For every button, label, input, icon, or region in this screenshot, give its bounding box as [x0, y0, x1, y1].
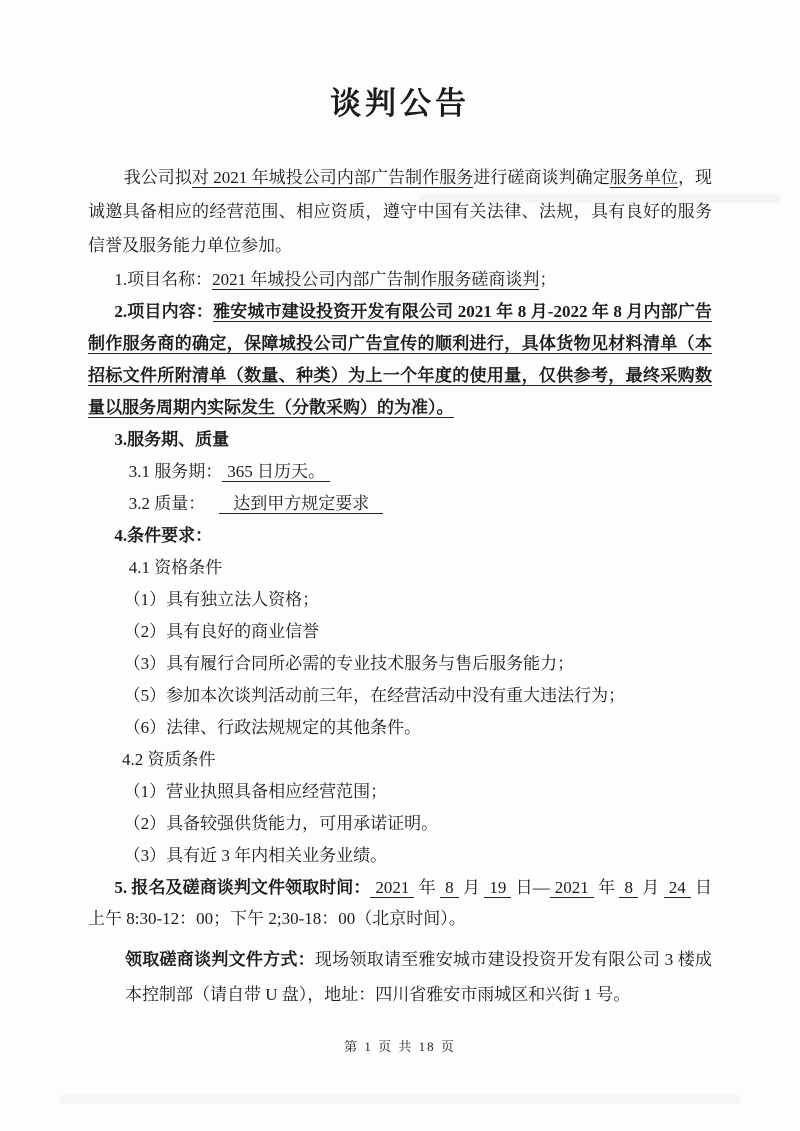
underlined-segment: 服务单位	[610, 168, 678, 188]
underlined-segment: 365 日历天。	[222, 462, 330, 482]
underlined-segment: 对 2021 年城投公司内部广告制作服务	[192, 168, 473, 188]
text-segment: 进行磋商谈判确定	[473, 168, 609, 187]
item-document-pickup-time: 5. 报名及磋商谈判文件领取时间：2021 年 8 月 19 日—2021 年 …	[88, 872, 712, 934]
item-label: 3.2 质量：	[129, 494, 206, 513]
text-segment: 月	[459, 878, 485, 897]
underlined-segment: 8	[619, 878, 638, 898]
underlined-segment: 2021	[550, 878, 594, 898]
item-quality: 3.2 质量：达到甲方规定要求	[88, 488, 712, 520]
list-item: （1）营业执照具备相应经营范围；	[88, 776, 712, 808]
page-title: 谈判公告	[88, 78, 712, 123]
text-segment: 年	[414, 878, 440, 897]
list-item: （3）具有履行合同所必需的专业技术服务与售后服务能力；	[88, 648, 712, 680]
item-project-content: 2.项目内容：雅安城市建设投资开发有限公司 2021 年 8 月-2022 年 …	[88, 296, 712, 424]
list-item: （6）法律、行政法规规定的其他条件。	[88, 712, 712, 744]
scan-artifact	[60, 1094, 740, 1104]
underlined-segment: 8	[440, 878, 459, 898]
text-segment: 日—	[511, 878, 549, 897]
heading-credentials: 4.2 资质条件	[88, 744, 712, 776]
item-label: 3.1 服务期：	[129, 462, 223, 481]
page-number: 第 1 页 共 18 页	[0, 1036, 800, 1055]
item-project-name: 1.项目名称：2021 年城投公司内部广告制作服务磋商谈判；	[88, 263, 712, 296]
underlined-segment: 2021	[370, 878, 414, 898]
document-content: 谈判公告 我公司拟对 2021 年城投公司内部广告制作服务进行磋商谈判确定服务单…	[0, 0, 800, 1012]
text-segment: 月	[638, 878, 664, 897]
underlined-segment: 19	[484, 878, 511, 898]
item-label: 1.项目名称：	[114, 270, 212, 289]
heading-service-period: 3.服务期、质量	[88, 424, 712, 456]
list-item: （1）具有独立法人资格；	[88, 584, 712, 616]
intro-paragraph: 我公司拟对 2021 年城投公司内部广告制作服务进行磋商谈判确定服务单位，现诚邀…	[88, 161, 712, 263]
item-label: 2.项目内容：	[114, 302, 213, 321]
item-label: 领取磋商谈判文件方式：	[125, 950, 315, 969]
text-segment: 我公司拟	[124, 168, 192, 187]
heading-qualification: 4.1 资格条件	[88, 552, 712, 584]
paragraph-pickup-method: 领取磋商谈判文件方式：现场领取请至雅安城市建设投资开发有限公司 3 楼成本控制部…	[125, 942, 712, 1012]
list-item: （5）参加本次谈判活动前三年，在经营活动中没有重大违法行为；	[88, 680, 712, 712]
item-service-period: 3.1 服务期：365 日历天。	[88, 456, 712, 488]
item-label: 5. 报名及磋商谈判文件领取时间：	[114, 878, 370, 897]
underlined-segment: 达到甲方规定要求	[219, 494, 383, 514]
list-item: （3）具有近 3 年内相关业务业绩。	[88, 840, 712, 872]
text-segment: ；	[539, 270, 556, 289]
underlined-segment: 24	[664, 878, 691, 898]
heading-conditions: 4.条件要求：	[88, 520, 712, 552]
text-segment: 年	[594, 878, 620, 897]
list-item: （2）具备较强供货能力，可用承诺证明。	[88, 808, 712, 840]
underlined-segment: 2021 年城投公司内部广告制作服务磋商谈判	[212, 270, 539, 290]
list-item: （2）具有良好的商业信誉	[88, 616, 712, 648]
document-page: 谈判公告 我公司拟对 2021 年城投公司内部广告制作服务进行磋商谈判确定服务单…	[0, 0, 800, 1131]
